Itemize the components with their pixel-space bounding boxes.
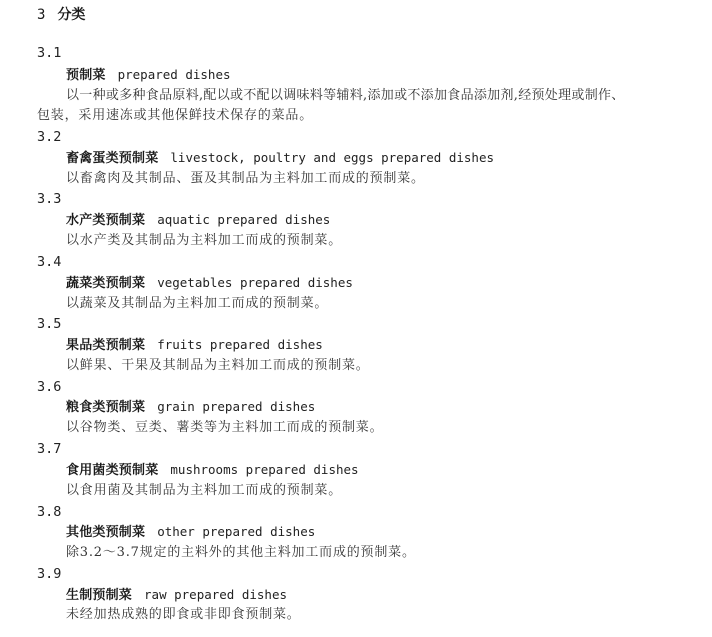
definition-text: 以一种或多种食品原料,配以或不配以调味料等辅料,添加或不添加食品添加剂,经预处理… [66,87,625,105]
term-english: mushrooms prepared dishes [170,462,358,477]
term-english: grain prepared dishes [157,399,315,414]
entry-number: 3.4 [37,253,61,271]
term-chinese: 预制菜 [66,68,106,83]
definition-text: 以食用菌及其制品为主料加工而成的预制菜。 [66,482,342,500]
term-chinese: 生制预制菜 [66,588,132,603]
term-chinese: 蔬菜类预制菜 [66,276,145,291]
term-line: 生制预制菜raw prepared dishes [66,586,287,605]
term-line: 果品类预制菜fruits prepared dishes [66,336,323,355]
definition-text: 以水产类及其制品为主料加工而成的预制菜。 [66,232,342,250]
term-english: fruits prepared dishes [157,337,323,352]
term-chinese: 食用菌类预制菜 [66,463,158,478]
term-english: prepared dishes [118,67,231,82]
entry-number: 3.1 [37,44,61,62]
term-chinese: 其他类预制菜 [66,525,145,540]
entry-number: 3.5 [37,315,61,333]
term-english: aquatic prepared dishes [157,212,330,227]
entry-number: 3.3 [37,190,61,208]
term-chinese: 水产类预制菜 [66,213,145,228]
definition-text: 除3.2～3.7规定的主料外的其他主料加工而成的预制菜。 [66,544,416,562]
term-line: 蔬菜类预制菜vegetables prepared dishes [66,274,353,293]
entry-number: 3.7 [37,440,61,458]
definition-text: 未经加热成熟的即食或非即食预制菜。 [66,606,301,624]
definition-text: 以谷物类、豆类、薯类等为主料加工而成的预制菜。 [66,419,383,437]
term-english: livestock, poultry and eggs prepared dis… [170,150,494,165]
entry-number: 3.6 [37,378,61,396]
entry-number: 3.8 [37,503,61,521]
definition-text-continued: 包装，采用速冻或其他保鲜技术保存的菜品。 [37,107,313,125]
term-line: 畜禽蛋类预制菜livestock, poultry and eggs prepa… [66,149,494,168]
entry-number: 3.9 [37,565,61,583]
term-line: 粮食类预制菜grain prepared dishes [66,398,315,417]
term-chinese: 果品类预制菜 [66,338,145,353]
chapter-title: 分类 [57,7,85,23]
term-english: vegetables prepared dishes [157,275,353,290]
term-line: 预制菜prepared dishes [66,66,231,85]
term-line: 其他类预制菜other prepared dishes [66,523,315,542]
term-chinese: 畜禽蛋类预制菜 [66,151,158,166]
term-line: 食用菌类预制菜mushrooms prepared dishes [66,461,359,480]
document-page: 3分类 3.1 预制菜prepared dishes 以一种或多种食品原料,配以… [0,0,712,637]
definition-text: 以蔬菜及其制品为主料加工而成的预制菜。 [66,295,328,313]
chapter-number: 3 [37,7,45,23]
chapter-heading: 3分类 [37,5,85,25]
definition-text: 以鲜果、干果及其制品为主料加工而成的预制菜。 [66,357,370,375]
term-english: other prepared dishes [157,524,315,539]
definition-text: 以畜禽肉及其制品、蛋及其制品为主料加工而成的预制菜。 [66,170,425,188]
term-chinese: 粮食类预制菜 [66,400,145,415]
term-line: 水产类预制菜aquatic prepared dishes [66,211,330,230]
entry-number: 3.2 [37,128,61,146]
term-english: raw prepared dishes [144,587,287,602]
